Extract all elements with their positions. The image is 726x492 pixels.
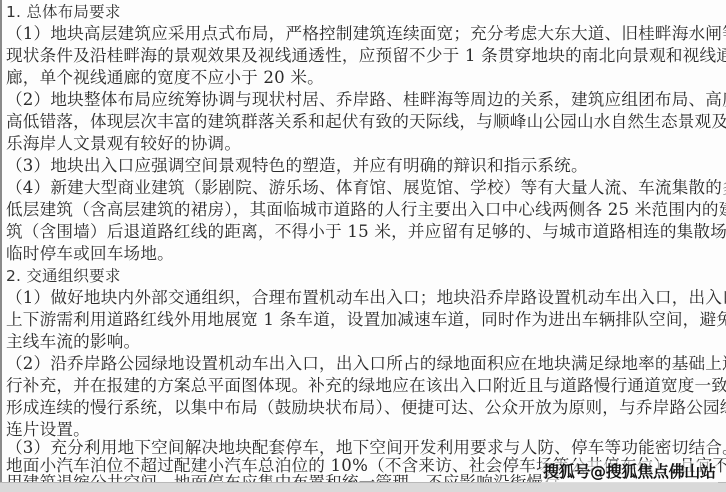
paragraph-line: （1）地块高层建筑应采用点式布局，严格控制建筑连续面宽；充分考虑大东大道、旧桂畔… [6,23,726,45]
page-bottom-edge [0,482,726,492]
document-page: 1. 总体布局要求 （1）地块高层建筑应采用点式布局，严格控制建筑连续面宽；充分… [0,0,726,482]
section-heading-layout: 1. 总体布局要求 [6,1,121,23]
paragraph-line: 主线车流的影响。 [6,331,140,353]
paragraph-line: （4）新建大型商业建筑（影剧院、游乐场、体育馆、展览馆、学校）等有大量人流、车流… [6,177,726,199]
paragraph-line: 形成连续的慢行系统，以集中布局（鼓励块状布局）、便捷可达、公众开放为原则，与乔岸… [6,397,726,419]
section-heading-traffic: 2. 交通组织要求 [6,265,121,287]
watermark: 搜狐号@搜狐焦点佛山站 [541,461,718,483]
paragraph-line: （3）地块出入口应强调空间景观特色的塑造，并应有明确的辩识和指示系统。 [6,155,588,177]
paragraph-line: （2）沿乔岸路公园绿地设置机动车出入口，出入口所占的绿地面积应在地块满足绿地率的… [6,353,726,375]
paragraph-line: 高低错落，体现层次丰富的建筑群落关系和起伏有致的天际线，与顺峰山公园山水自然生态… [6,111,726,133]
paragraph-line: 乐海岸人文景观有较好的协调。 [6,133,241,155]
paragraph-line: 临时停车或回车场地。 [6,243,174,265]
paragraph-line: 现状条件及沿桂畔海的景观效果及视线通透性，应预留不少于 1 条贯穿地块的南北向景… [6,45,726,67]
paragraph-line: （2）地块整体布局应统筹协调与现状村居、乔岸路、桂畔海等周边的关系，建筑应组团布… [6,89,726,111]
paragraph-line: 筑（含围墙）后退道路红线的距离，不得小于 15 米，并应留有足够的、与城市道路相… [6,221,726,243]
paragraph-line: （1）做好地块内外部交通组织，合理布置机动车出入口；地块沿乔岸路设置机动车出入口… [6,287,726,309]
paragraph-line: 上下游需利用道路红线外用地展宽 1 条车道，设置加减速车道，同时作为进出车辆排队… [6,309,726,331]
paragraph-line: 低层建筑（含高层建筑的裙房），其面临城市道路的人行主要出入口中心线两侧各 25 … [6,199,726,221]
paragraph-line: 廊，单个视线通廊的宽度不应小于 20 米。 [6,67,324,89]
paragraph-line: 行补充，并在报建的方案总平面图体现。补充的绿地应在该出入口附近且与道路慢行通道宽… [6,375,726,397]
